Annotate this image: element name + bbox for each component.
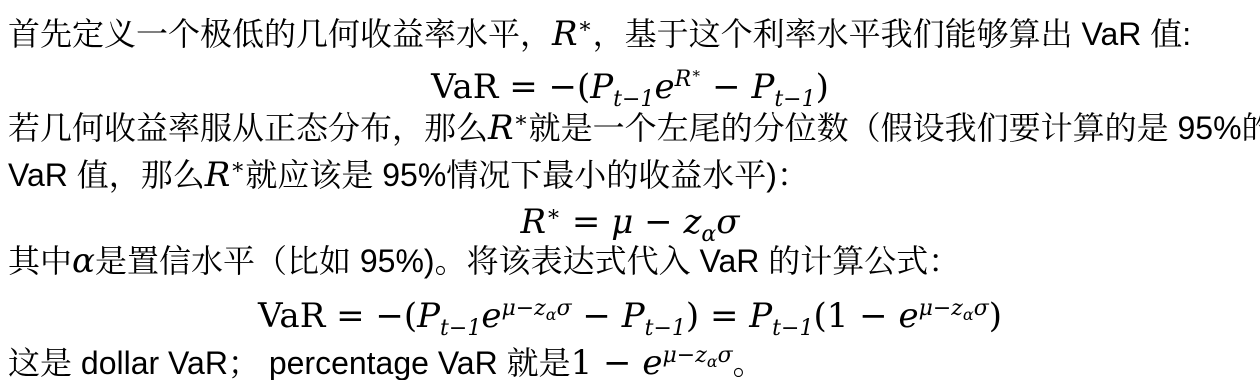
text-run: 其中 [8, 243, 72, 279]
math-run: ∗ [691, 64, 701, 82]
math-run: α [707, 352, 718, 371]
math-run: R [552, 14, 578, 54]
math-run: μ−z [919, 296, 963, 321]
math-run: ) = [686, 296, 749, 336]
math-run: μ−z [662, 343, 706, 368]
math-run: − [633, 202, 683, 242]
text-run: 就应该是 95%情况下最小的收益水平)： [245, 157, 809, 193]
display-formula-var-expanded: VaR = −(Pt−1eμ−zασ − Pt−1) = Pt−1(1 − eμ… [8, 285, 1260, 332]
math-run: ∗ [578, 14, 593, 39]
text-run: 首先定义一个极低的几何收益率水平， [8, 16, 552, 52]
math-run: μ [611, 202, 633, 242]
math-run: α [963, 305, 974, 324]
document-body: 首先定义一个极低的几何收益率水平，R∗，基于这个利率水平我们能够算出 VaR 值… [0, 0, 1260, 380]
paragraph-line-2: 若几何收益率服从正态分布，那么R∗就是一个左尾的分位数（假设我们要计算的是 95… [8, 97, 1260, 144]
math-run: ∗ [546, 202, 561, 227]
math-run: R [675, 67, 692, 92]
math-run: R [521, 202, 547, 242]
math-run: σ [974, 296, 989, 321]
display-formula-var-definition: VaR = −(Pt−1eR∗ − Pt−1) [8, 50, 1260, 97]
math-run: α [72, 241, 95, 281]
math-run: e [642, 343, 662, 380]
math-run: μ−z [501, 296, 545, 321]
text-run: 就是一个左尾的分位数（假设我们要计算的是 95%的 [529, 110, 1260, 146]
math-run: P [417, 296, 440, 336]
text-run: 这是 dollar VaR； percentage VaR 就是 [8, 345, 571, 380]
paragraph-line-3: VaR 值，那么R∗就应该是 95%情况下最小的收益水平)： [8, 144, 1260, 191]
math-run: e [898, 296, 918, 336]
paragraph-line-1: 首先定义一个极低的几何收益率水平，R∗，基于这个利率水平我们能够算出 VaR 值… [8, 3, 1260, 50]
math-run: α [546, 305, 557, 324]
math-run: ∗ [230, 155, 245, 180]
text-run: ，基于这个利率水平我们能够算出 VaR 值: [593, 16, 1192, 52]
math-run: P [749, 296, 772, 336]
text-run: 。 [733, 345, 765, 380]
math-run: σ [557, 296, 572, 321]
display-formula-r-star: R∗ = μ − zασ [8, 191, 1260, 238]
math-run: R [205, 155, 231, 195]
text-run: VaR 值，那么 [8, 157, 205, 193]
math-run: σ [718, 343, 733, 368]
paragraph-line-5: 这是 dollar VaR； percentage VaR 就是1 − eμ−z… [8, 332, 1260, 379]
math-run: σ [716, 202, 739, 242]
math-run: = [561, 202, 611, 242]
math-run: − [572, 296, 622, 336]
math-run: (1 − [813, 296, 898, 336]
math-run: R [488, 108, 514, 148]
paragraph-line-4: 其中α是置信水平（比如 95%)。将该表达式代入 VaR 的计算公式： [8, 238, 1260, 285]
math-run: z [683, 202, 701, 242]
math-run: ∗ [514, 108, 529, 133]
math-run: ) [989, 296, 1002, 336]
math-run: VaR = −( [258, 296, 417, 336]
text-run: 是置信水平（比如 95%)。将该表达式代入 VaR 的计算公式： [95, 243, 960, 279]
math-run: t−1 [772, 316, 813, 341]
math-run: 1 − [571, 343, 643, 380]
math-run: P [622, 296, 645, 336]
math-run: e [481, 296, 501, 336]
text-run: 若几何收益率服从正态分布，那么 [8, 110, 488, 146]
